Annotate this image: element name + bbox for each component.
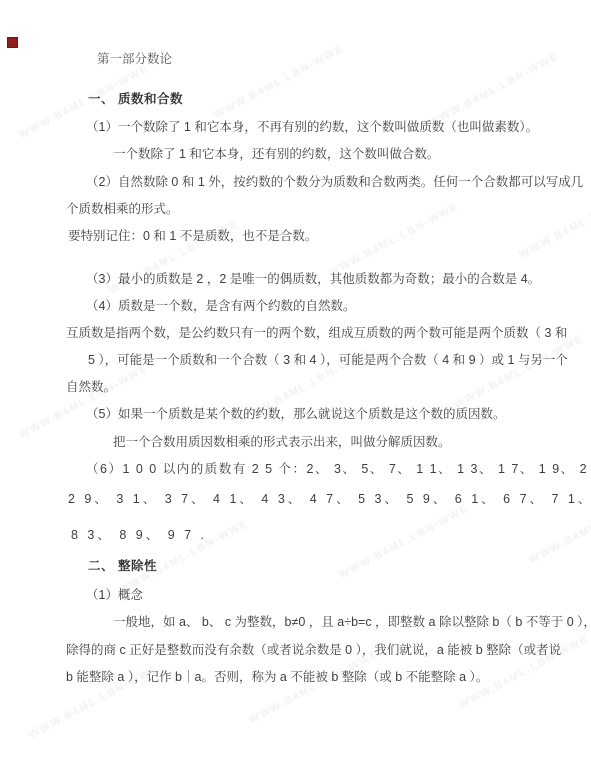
text-line: 个质数相乘的形式。 bbox=[66, 201, 179, 218]
text-line: 一、 质数和合数 bbox=[88, 91, 183, 108]
watermark-text: WWW.B4ML.LBN-WWE bbox=[452, 333, 586, 412]
text-line: 互质数是指两个数，是公约数只有一的两个数，组成互质数的两个数可能是两个质数（ 3… bbox=[66, 325, 567, 342]
text-line: 5 ），可能是一个质数和一个合数（ 3 和 4 ），可能是两个合数（ 4 和 9… bbox=[88, 352, 568, 369]
text-line: 8 3、 8 9、 9 7 . bbox=[71, 527, 207, 544]
text-line: （1）一个数除了 1 和它本身，不再有别的约数，这个数叫做质数（也叫做素数）。 bbox=[86, 119, 538, 136]
text-line: （2）自然数除 0 和 1 外，按约数的个数分为质数和合数两类。任何一个合数都可… bbox=[86, 174, 583, 191]
text-line: 要特别记住：0 和 1 不是质数，也不是合数。 bbox=[68, 228, 317, 245]
watermark-text: WWW.B4ML.LBN-WWE bbox=[17, 363, 151, 442]
watermark-text: WWW.B4ML.LBN-WWE bbox=[247, 648, 381, 727]
watermark-text: WWW.B4ML.LBN-WWE bbox=[337, 503, 471, 582]
document-page: WWW.B4ML.LBN-WWEWWW.B4ML.LBN-WWEWWW.B4ML… bbox=[0, 0, 591, 774]
red-marker bbox=[7, 37, 18, 48]
text-line: 一般地，如 a、 b、 c 为整数，b≠0 ，且 a÷b=c ，即整数 a 除以… bbox=[113, 614, 591, 631]
watermark-text: WWW.B4ML.LBN-WWE bbox=[427, 51, 561, 130]
text-line: 把一个合数用质因数相乘的形式表示出来，叫做分解质因数。 bbox=[113, 434, 451, 451]
text-line: （5）如果一个质数是某个数的约数，那么就说这个质数是这个数的质因数。 bbox=[86, 406, 505, 423]
text-line: （4）质数是一个数，是含有两个约数的自然数。 bbox=[86, 298, 355, 315]
watermark-text: WWW.B4ML.LBN-WWE bbox=[327, 201, 461, 280]
text-line: （6）1 0 0 以内的质数有 2 5 个：2、 3、 5、 7、 1 1、 1… bbox=[86, 461, 591, 478]
text-line: 2 9、 3 1、 3 7、 4 1、 4 3、 4 7、 5 3、 5 9、 … bbox=[68, 491, 591, 508]
text-line: 第一部分数论 bbox=[97, 51, 172, 68]
text-line: 二、 整除性 bbox=[88, 558, 157, 575]
watermark-text: WWW.B4ML.LBN-WWE bbox=[212, 43, 346, 122]
text-line: b 能整除 a ），记作 b｜a。否则，称为 a 不能被 b 整除（或 b 不能… bbox=[66, 669, 488, 686]
text-line: 除得的商 c 正好是整数而没有余数（或者说余数是 0 ），我们就说，a 能被 b… bbox=[66, 642, 561, 659]
text-line: 自然数。 bbox=[66, 379, 116, 396]
text-line: 一个数除了 1 和它本身，还有别的约数，这个数叫做合数。 bbox=[113, 146, 439, 163]
watermark-text: WWW.B4ML.LBN-WWE bbox=[517, 183, 591, 262]
text-line: （1）概念 bbox=[86, 587, 143, 604]
text-line: （3）最小的质数是 2 ，2 是唯一的偶质数，其他质数都为奇数；最小的合数是 4… bbox=[86, 271, 540, 288]
